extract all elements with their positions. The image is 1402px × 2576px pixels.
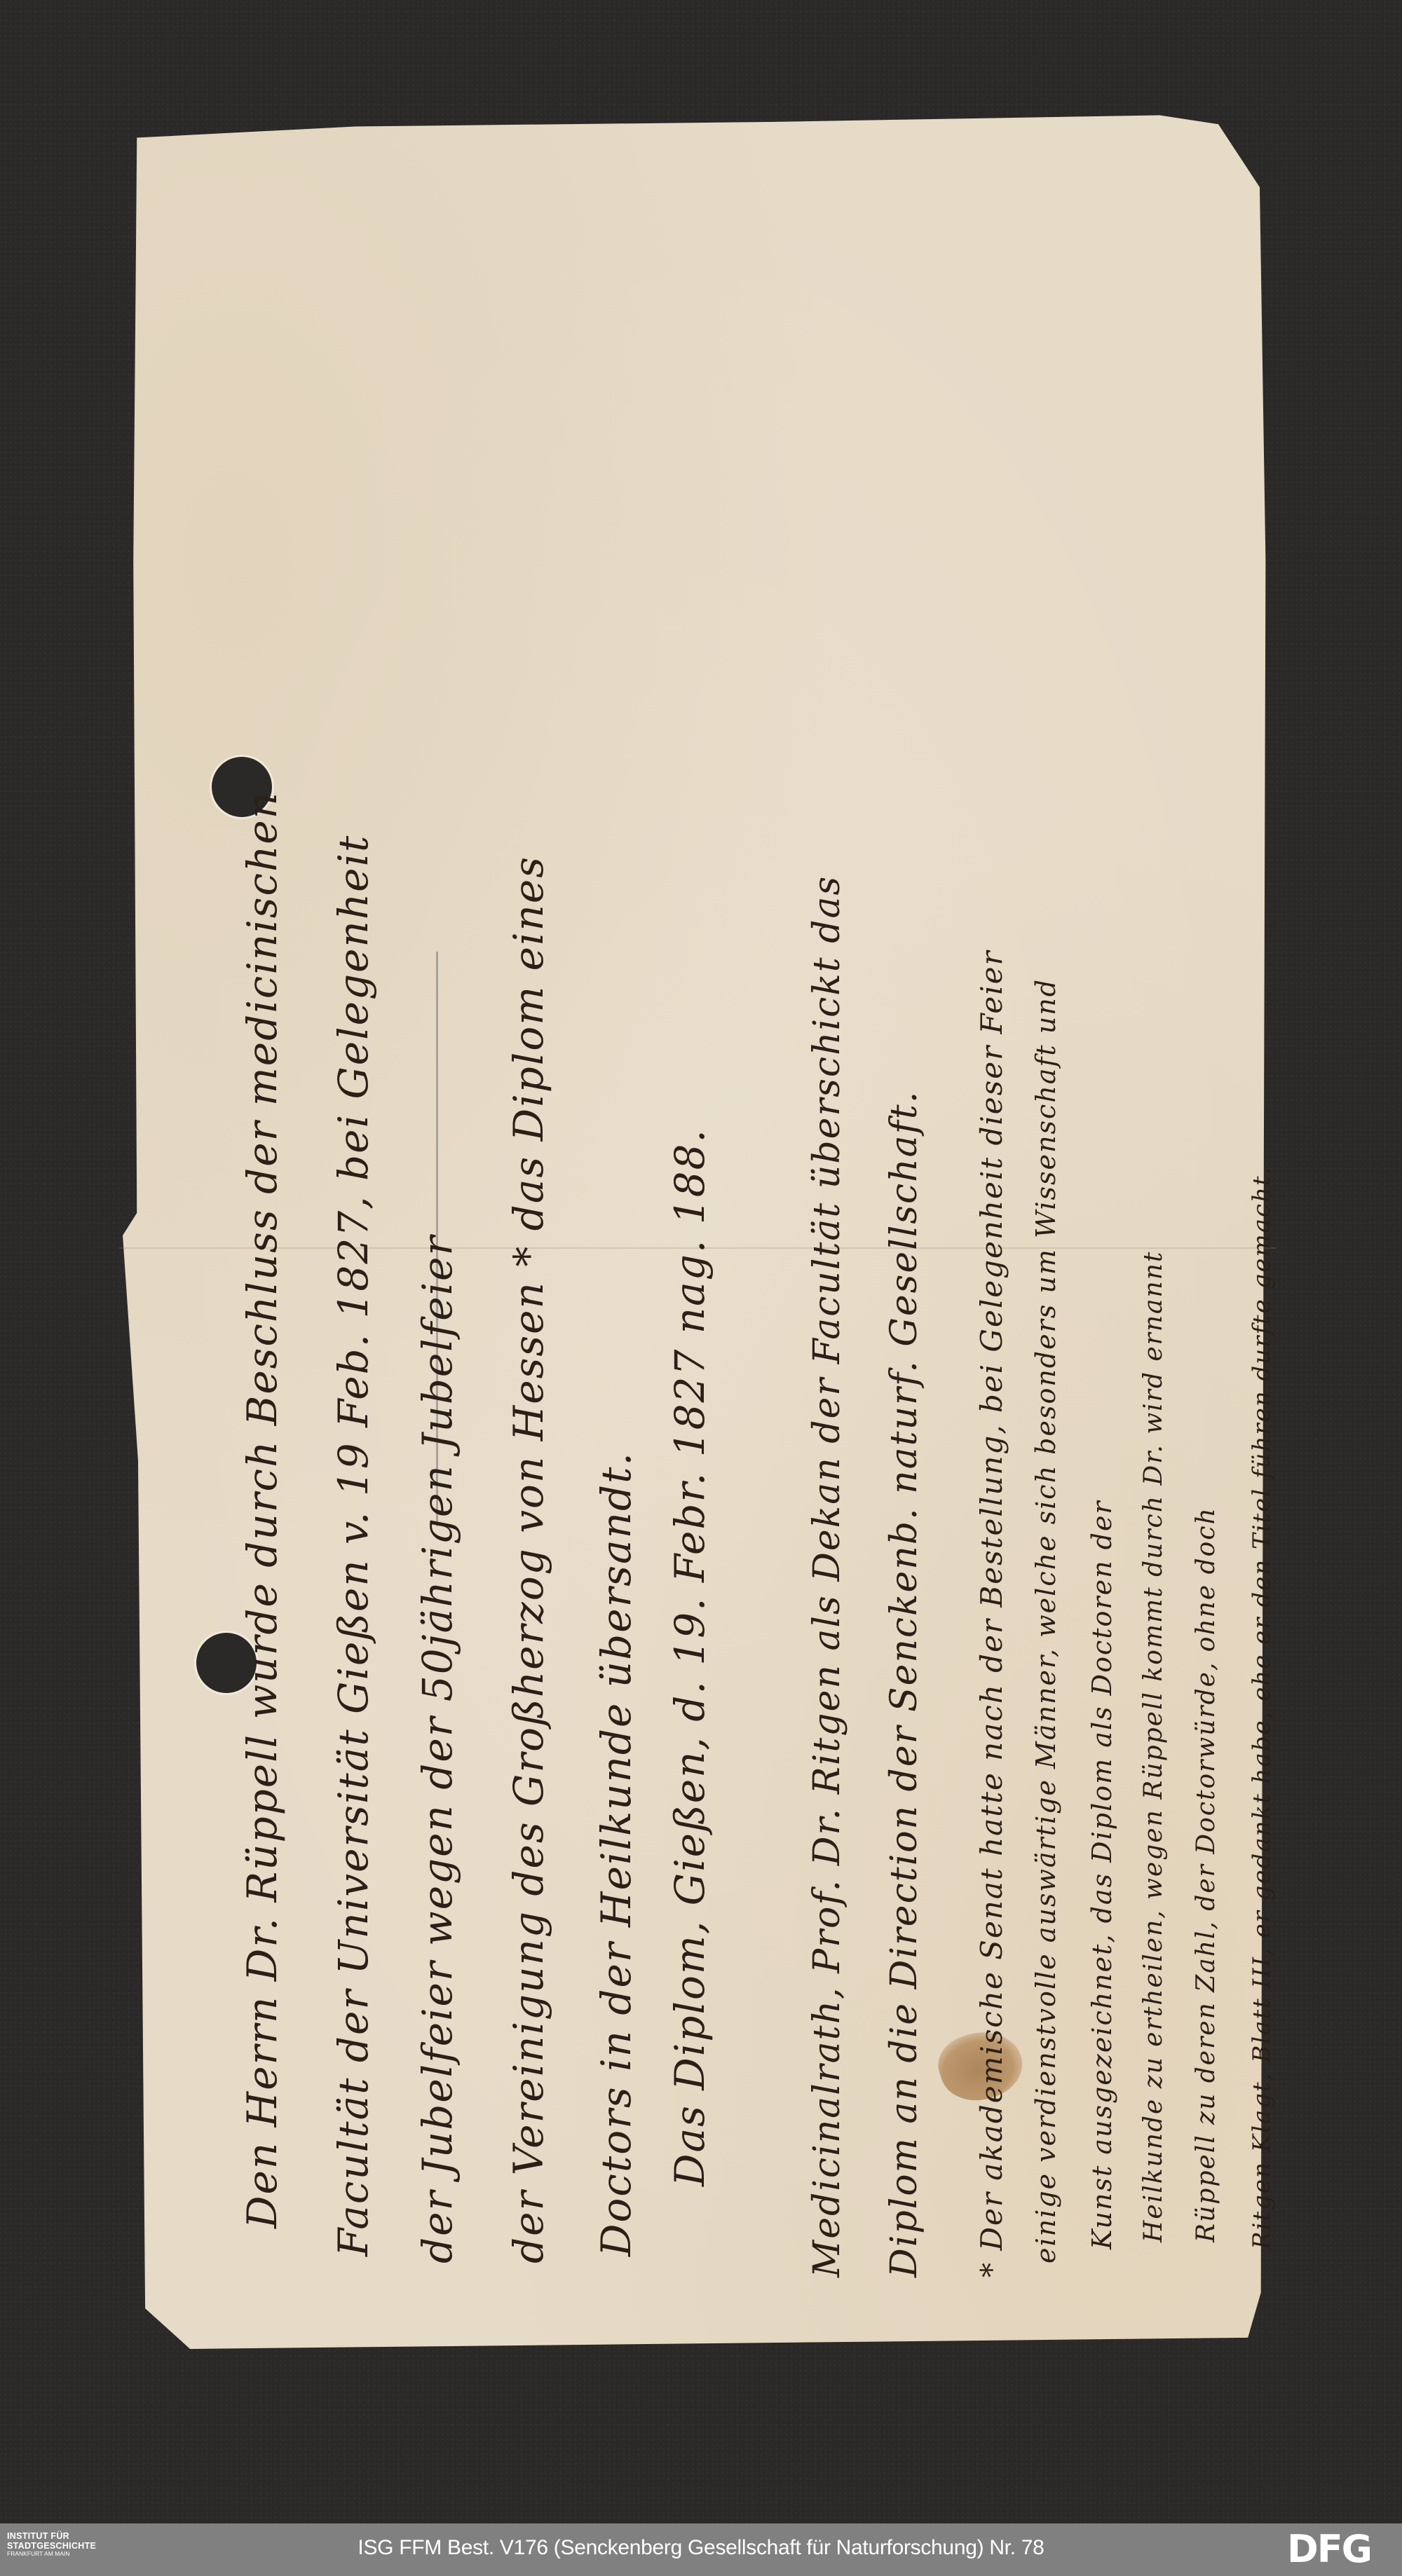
handwriting-line: Kunst ausgezeichnet, das Diplom als Doct… (1087, 1500, 1117, 2249)
handwriting-line: Doctors in der Heilkunde übersandt. (592, 1451, 640, 2256)
document-shelfmark-caption: ISG FFM Best. V176 (Senckenberg Gesellsc… (0, 2536, 1402, 2560)
handwriting-line: Rüppell zu deren Zahl, der Doctorwürde, … (1192, 1507, 1220, 2242)
handwriting-line: Heilkunde zu ertheilen, wegen Rüppell ko… (1139, 1251, 1168, 2242)
handwriting-line: der Jubelfeier wegen der 50jährigen Jube… (414, 1235, 461, 2263)
dfg-logo: DFG (1287, 2530, 1371, 2568)
handwriting-line: Ritgen Klagt, Blatt III, er gedankt habe… (1248, 1166, 1276, 2249)
handwriting-line: Facultät der Universität Gießen v. 19 Fe… (329, 835, 377, 2256)
handwriting-line: der Vereinigung des Großherzog von Hesse… (505, 856, 552, 2263)
handwriting-line: einige verdienstvolle auswärtige Männer,… (1030, 978, 1061, 2263)
handwritten-text: Den Herrn Dr. Rüppell wurde durch Beschl… (0, 0, 1402, 2523)
footer-bar: INSTITUT FÜR STADTGESCHICHTE FRANKFURT A… (0, 2523, 1402, 2576)
handwriting-line: Medicinalrath, Prof. Dr. Ritgen als Deka… (806, 875, 848, 2277)
handwriting-line: Diplom an die Direction der Senckenb. na… (883, 1090, 925, 2277)
handwriting-line: Den Herrn Dr. Rüppell wurde durch Beschl… (238, 791, 286, 2228)
handwriting-line: * Der akademische Senat hatte nach der B… (974, 950, 1009, 2277)
handwriting-line: Das Diplom, Gießen, d. 19. Febr. 1827 na… (666, 1128, 714, 2186)
